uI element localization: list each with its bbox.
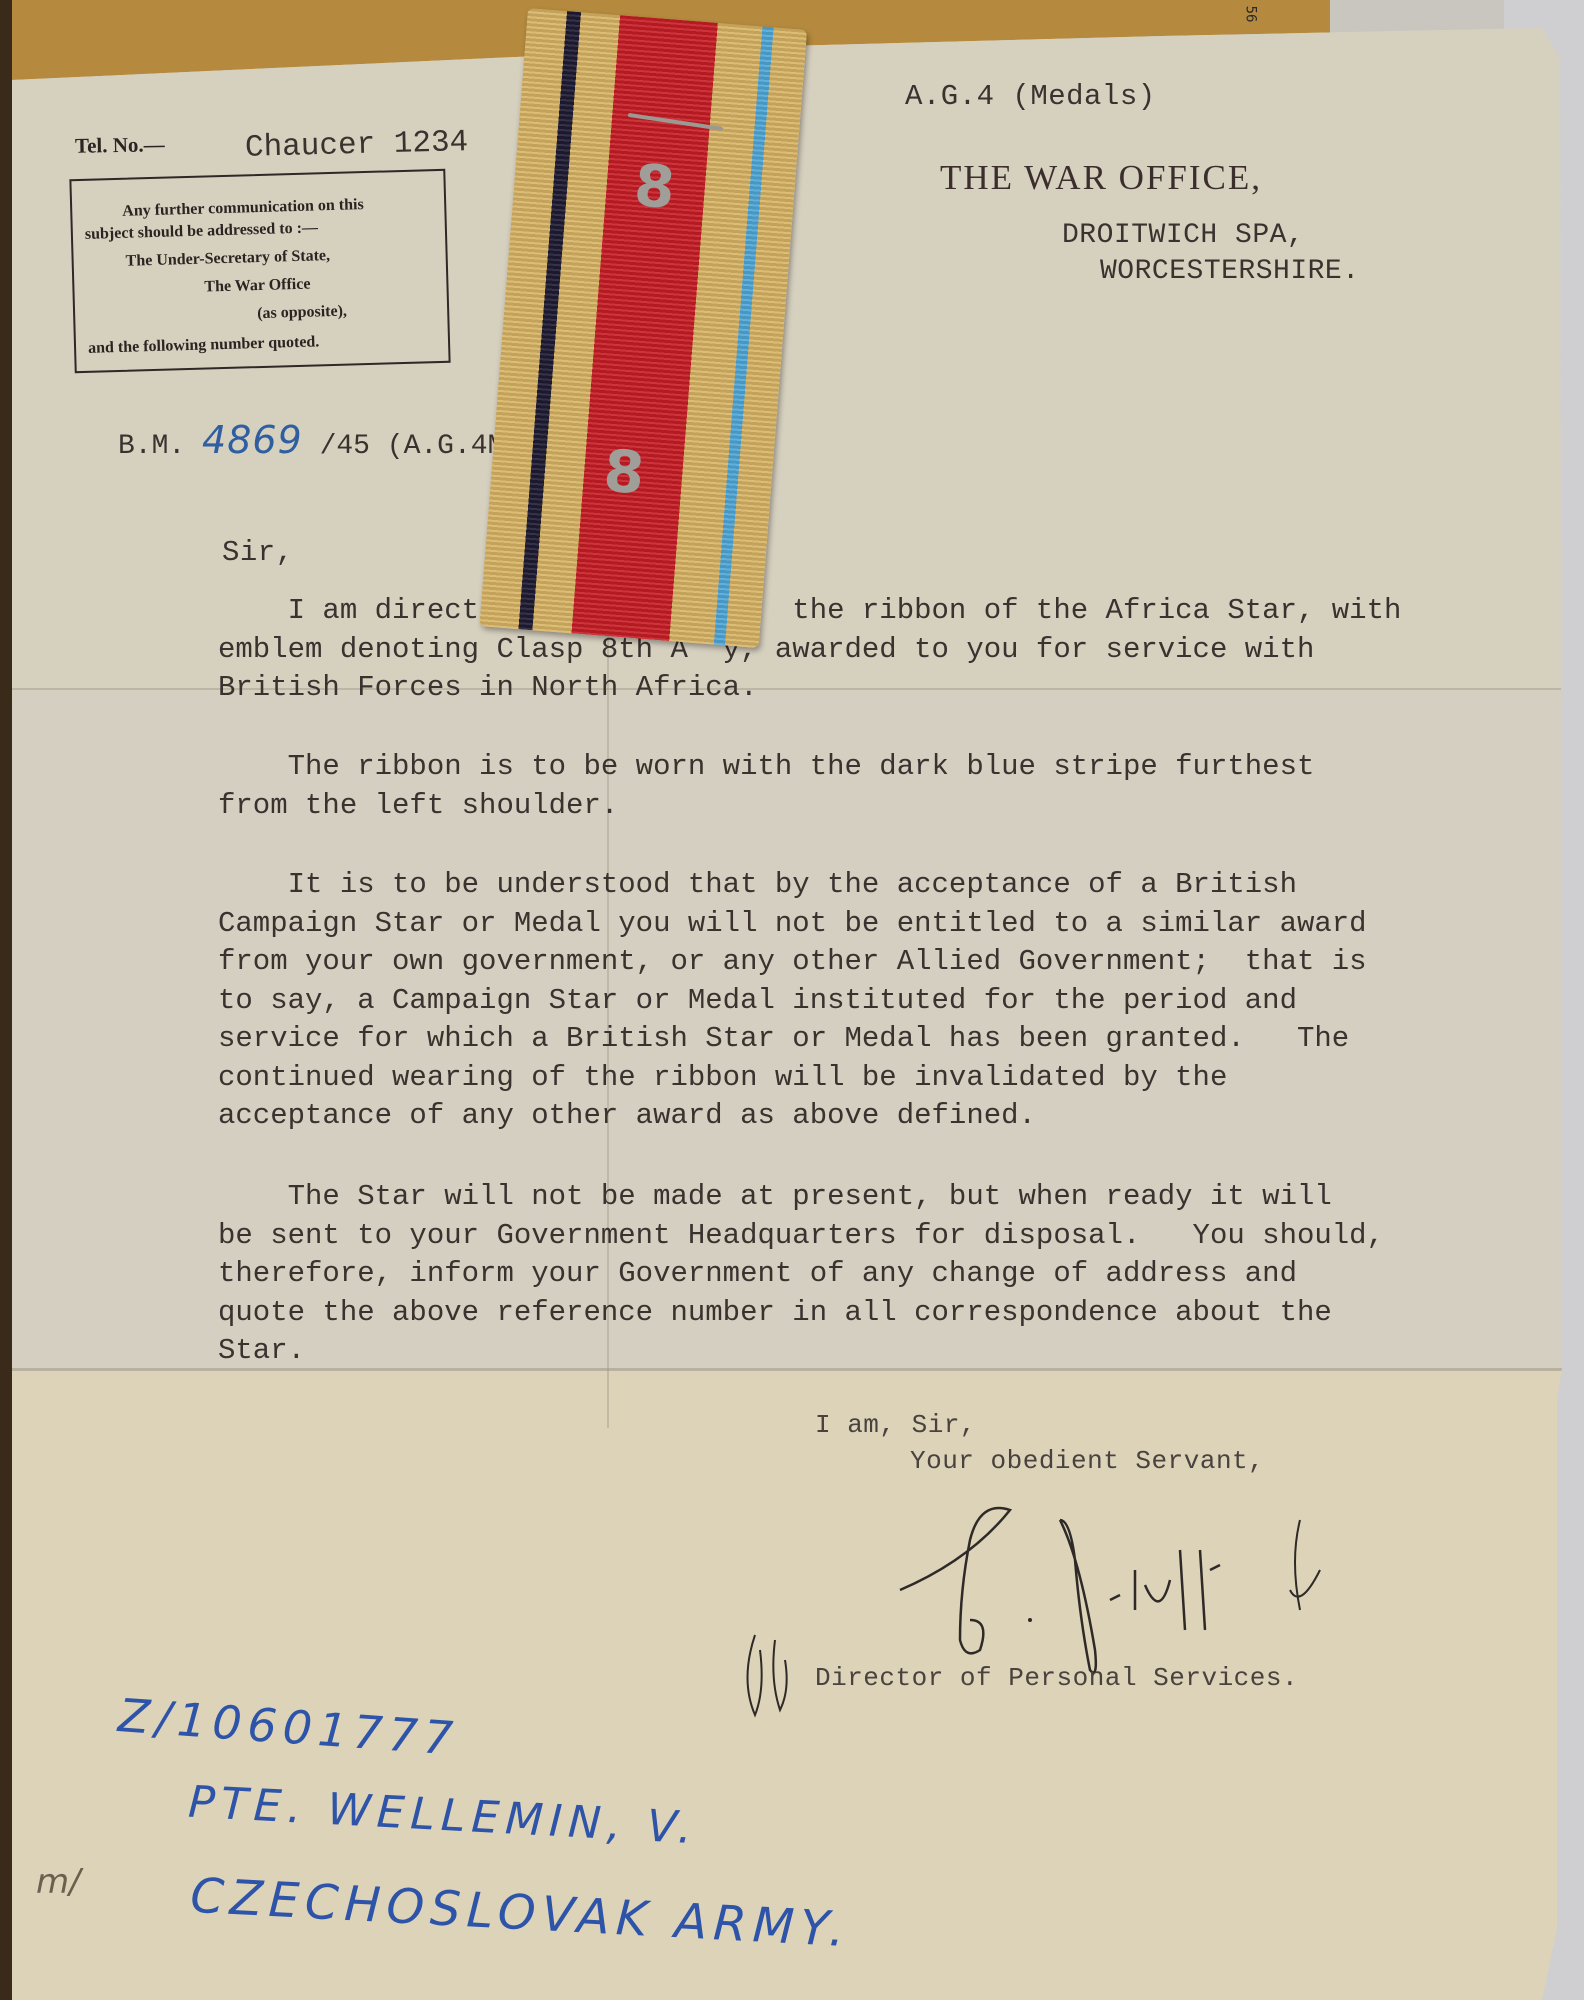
reference-number: B.M. 4869 /45 (A.G.4M [118, 418, 504, 462]
tel-label: Tel. No.— [75, 132, 165, 159]
notice-line: and the following number quoted. [88, 330, 320, 360]
initials-icon [740, 1630, 810, 1720]
closing-line-1: I am, Sir, [815, 1410, 976, 1440]
pencil-mark: m/ [36, 1862, 81, 1902]
salutation: Sir, [222, 536, 294, 569]
eighth-army-emblem-icon: 8 [632, 155, 677, 218]
folder-mark: 56 [1242, 6, 1258, 23]
signatory-title: Director of Personal Services. [815, 1663, 1298, 1693]
reference-handwritten-number: 4869 [202, 418, 303, 462]
paragraph-3: It is to be understood that by the accep… [218, 866, 1518, 1136]
tel-value: Chaucer 1234 [245, 125, 469, 166]
africa-star-ribbon: 8 8 [479, 8, 807, 648]
paragraph-1: I am directe the ribbon of the Africa St… [218, 592, 1518, 708]
address-line-2: WORCESTERSHIRE. [1100, 256, 1360, 287]
notice-line: (as opposite), [257, 300, 347, 326]
reference-suffix: /45 (A.G.4M [320, 431, 505, 462]
notice-line: The War Office [204, 273, 311, 300]
notice-line: The Under-Secretary of State, [125, 244, 330, 274]
department-code: A.G.4 (Medals) [905, 80, 1156, 113]
eighth-army-emblem-icon: 8 [602, 440, 647, 503]
closing-line-2: Your obedient Servant, [910, 1446, 1264, 1476]
paragraph-4: The Star will not be made at present, bu… [218, 1178, 1518, 1371]
notice-box: Any further communication on this subjec… [69, 169, 450, 373]
pin-bar [628, 113, 724, 131]
notice-line: subject should be addressed to :— [85, 216, 319, 246]
office-name: THE WAR OFFICE, [940, 158, 1262, 198]
signature-icon [880, 1500, 1420, 1690]
background-left [0, 0, 12, 2000]
address-line-1: DROITWICH SPA, [1062, 220, 1304, 251]
reference-prefix: B.M. [118, 431, 185, 462]
paragraph-2: The ribbon is to be worn with the dark b… [218, 748, 1518, 825]
